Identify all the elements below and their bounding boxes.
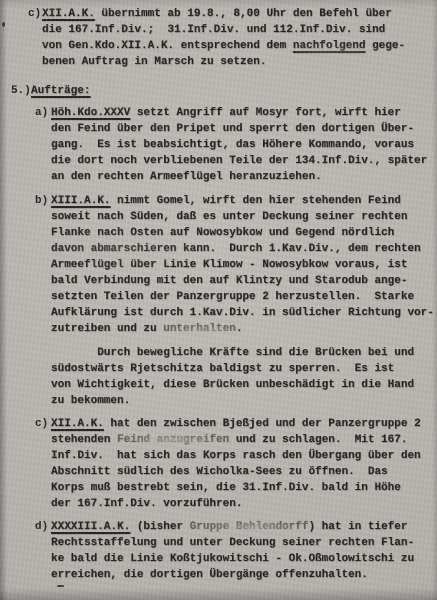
document-photo: c) XII.A.K. übernimmt ab 19.8., 8,00 Uhr…: [0, 0, 437, 600]
text-line: erreichen, die dortigen Übergänge offenz…: [51, 567, 437, 583]
item-marker: c): [28, 6, 41, 22]
text-segment: der 167.Inf.Div. vorzuführen.: [51, 498, 242, 510]
text-line: an den rechten Armeeflügel heranzuziehen…: [51, 169, 437, 185]
text-segment: an den rechten Armeeflügel heranzuziehen…: [51, 171, 322, 183]
paragraph-lines: XIII.A.K. nimmt Gomel, wirft den hier st…: [51, 193, 437, 337]
text-segment: davon abmarschieren kann. Durch 1.Kav.Di…: [51, 243, 421, 255]
text-segment: zu bekommen.: [51, 395, 130, 407]
text-line: XXXXIII.A.K. (bisher Gruppe Behlendorff)…: [51, 519, 437, 535]
text-line: von Wichtigkeit, diese Brücken unbeschäd…: [51, 377, 437, 393]
text-segment: erreichen, die dortigen Übergänge offenz…: [51, 569, 368, 581]
underlined-text: XXXXIII.A.K.: [51, 521, 130, 533]
text-segment: die 167.Inf.Div.; 31.Inf.Div. und 112.In…: [42, 24, 385, 36]
text-segment: von Wichtigkeit, diese Brücken unbeschäd…: [51, 379, 414, 391]
text-segment: setzten Teilen der Panzergruppe 2 herzus…: [51, 291, 414, 303]
paragraph-c-xii-ak: c) XII.A.K. hat den zwischen Bjeßjed und…: [0, 416, 437, 512]
text-segment: den Feind über den Pripet und sperrt den…: [51, 123, 414, 135]
text-line: Rechtsstaffelung und unter Deckung seine…: [51, 535, 437, 551]
text-line: XIII.A.K. nimmt Gomel, wirft den hier st…: [51, 193, 437, 209]
text-line: den Feind über den Pripet und sperrt den…: [51, 121, 437, 137]
paragraph-b-xiii-ak: b) XIII.A.K. nimmt Gomel, wirft den hier…: [0, 193, 437, 409]
text-line: stehenden Feind anzugreifen und zu schla…: [51, 432, 437, 448]
text-segment: Rechtsstaffelung und unter Deckung seine…: [51, 537, 414, 549]
text-line: benen Auftrag in Marsch zu setzen.: [42, 54, 437, 70]
text-line: Aufklärung ist durch 1.Kav.Div. in südli…: [51, 305, 437, 321]
text-segment: ke bald die Linie Koßtjukowitschi - Ok.O…: [51, 553, 414, 565]
section-number: 5.): [11, 83, 31, 99]
text-segment: ) hat in tiefer: [308, 521, 407, 533]
typewritten-page: c) XII.A.K. übernimmt ab 19.8., 8,00 Uhr…: [0, 6, 437, 583]
text-line: setzten Teilen der Panzergruppe 2 herzus…: [51, 289, 437, 305]
text-line: bald Verbindung mit den auf Klintzy und …: [51, 273, 437, 289]
text-segment: Inf.Div. hat sich das Korps rasch den Üb…: [51, 450, 421, 462]
text-segment: Abschnitt südlich des Wicholka-Sees zu ö…: [51, 466, 388, 478]
text-segment: (bisher: [130, 521, 189, 533]
text-segment: von Gen.Kdo.XII.A.K. entsprechend dem: [42, 40, 293, 52]
photo-speck: [2, 22, 5, 27]
text-segment: gege-: [365, 40, 405, 52]
text-line: Aufträge:: [31, 83, 437, 99]
text-line: der 167.Inf.Div. vorzuführen.: [51, 496, 437, 512]
text-segment: setzt Angriff auf Mosyr fort, wirft hier: [130, 107, 401, 119]
text-line: Flanke nach Osten auf Nowosybkow und Geg…: [51, 225, 437, 241]
text-segment: südostwärts Rjetschitza baldigst zu sper…: [51, 363, 394, 375]
text-line: soweit nach Süden, daß es unter Deckung …: [51, 209, 437, 225]
text-line: von Gen.Kdo.XII.A.K. entsprechend dem na…: [42, 38, 437, 54]
text-line: die dort noch verbliebenen Teile der 134…: [51, 153, 437, 169]
underlined-text: nachfolgend: [293, 40, 366, 52]
faded-text: Feind anzugreifen: [117, 434, 229, 446]
text-segment: bald Verbindung mit den auf Klintzy und …: [51, 275, 407, 287]
text-line: Abschnitt südlich des Wicholka-Sees zu ö…: [51, 464, 437, 480]
item-marker: c): [35, 416, 48, 432]
underlined-text: XIII.A.K.: [51, 195, 110, 207]
paragraph-lines: XII.A.K. hat den zwischen Bjeßjed und de…: [51, 416, 437, 512]
text-line: gang. Es ist beabsichtigt, das Höhere Ko…: [51, 137, 437, 153]
text-line: XII.A.K. hat den zwischen Bjeßjed und de…: [51, 416, 437, 432]
paragraph-lines: XII.A.K. übernimmt ab 19.8., 8,00 Uhr de…: [42, 6, 437, 70]
text-segment: Durch bewegliche Kräfte sind die Brücken…: [51, 347, 414, 359]
text-segment: zutreiben und zu: [51, 323, 163, 335]
section-heading-auftraege: 5.) Aufträge:: [0, 83, 437, 99]
text-line: Korps muß bestrebt sein, die 31.Inf.Div.…: [51, 480, 437, 496]
item-marker: a): [35, 105, 48, 121]
faded-text: Gruppe Behlendorff: [190, 521, 309, 533]
text-segment: und zu schlagen. Mit 167.: [229, 434, 407, 446]
text-segment: stehenden: [51, 434, 117, 446]
text-line: Inf.Div. hat sich das Korps rasch den Üb…: [51, 448, 437, 464]
item-marker: b): [35, 193, 48, 209]
text-line: südostwärts Rjetschitza baldigst zu sper…: [51, 361, 437, 377]
text-line: zu bekommen.: [51, 393, 437, 409]
text-line: ke bald die Linie Koßtjukowitschi - Ok.O…: [51, 551, 437, 567]
item-marker: d): [35, 519, 48, 535]
sub-paragraph-bruecken: Durch bewegliche Kräfte sind die Brücken…: [51, 345, 437, 409]
text-line: XII.A.K. übernimmt ab 19.8., 8,00 Uhr de…: [42, 6, 437, 22]
text-segment: Korps muß bestrebt sein, die 31.Inf.Div.…: [51, 482, 401, 494]
text-segment: .: [236, 323, 243, 335]
text-line: Armeeflügel über Linie Klimow - Nowosybk…: [51, 257, 437, 273]
underlined-text: XII.A.K.: [42, 8, 95, 20]
text-line: zutreiben und zu unterhalten.: [51, 321, 437, 337]
paragraph-lines: Höh.Kdo.XXXV setzt Angriff auf Mosyr for…: [51, 105, 437, 185]
text-line: davon abmarschieren kann. Durch 1.Kav.Di…: [51, 241, 437, 257]
text-segment: gang. Es ist beabsichtigt, das Höhere Ko…: [51, 139, 414, 151]
paragraph-lines: XXXXIII.A.K. (bisher Gruppe Behlendorff)…: [51, 519, 437, 583]
text-line: Höh.Kdo.XXXV setzt Angriff auf Mosyr for…: [51, 105, 437, 121]
text-segment: Armeeflügel über Linie Klimow - Nowosybk…: [51, 259, 407, 271]
paragraph-a-hoeh-kdo: a) Höh.Kdo.XXXV setzt Angriff auf Mosyr …: [0, 105, 437, 185]
text-segment: nimmt Gomel, wirft den hier stehenden Fe…: [110, 195, 400, 207]
heading-lines: Aufträge:: [31, 83, 437, 99]
text-line: Durch bewegliche Kräfte sind die Brücken…: [51, 345, 437, 361]
text-segment: übernimmt ab 19.8., 8,00 Uhr den Befehl …: [95, 8, 392, 20]
text-line: die 167.Inf.Div.; 31.Inf.Div. und 112.In…: [42, 22, 437, 38]
text-segment: Aufklärung ist durch 1.Kav.Div. in südli…: [51, 307, 434, 319]
text-segment: die dort noch verbliebenen Teile der 134…: [51, 155, 427, 167]
faded-text: unterhalten: [163, 323, 236, 335]
text-segment: Flanke nach Osten auf Nowosybkow und Geg…: [51, 227, 394, 239]
paragraph-c-befehl: c) XII.A.K. übernimmt ab 19.8., 8,00 Uhr…: [0, 6, 437, 70]
paragraph-d-xxxxiii-ak: d) XXXXIII.A.K. (bisher Gruppe Behlendor…: [0, 519, 437, 583]
text-segment: benen Auftrag in Marsch zu setzen.: [42, 56, 266, 68]
photo-speck: [57, 585, 64, 587]
underlined-text: XII.A.K.: [51, 418, 104, 430]
underlined-text: Höh.Kdo.XXXV: [51, 107, 130, 119]
text-segment: hat den zwischen Bjeßjed und der Panzerg…: [104, 418, 421, 430]
underlined-text: Aufträge:: [31, 85, 90, 97]
text-segment: soweit nach Süden, daß es unter Deckung …: [51, 211, 407, 223]
